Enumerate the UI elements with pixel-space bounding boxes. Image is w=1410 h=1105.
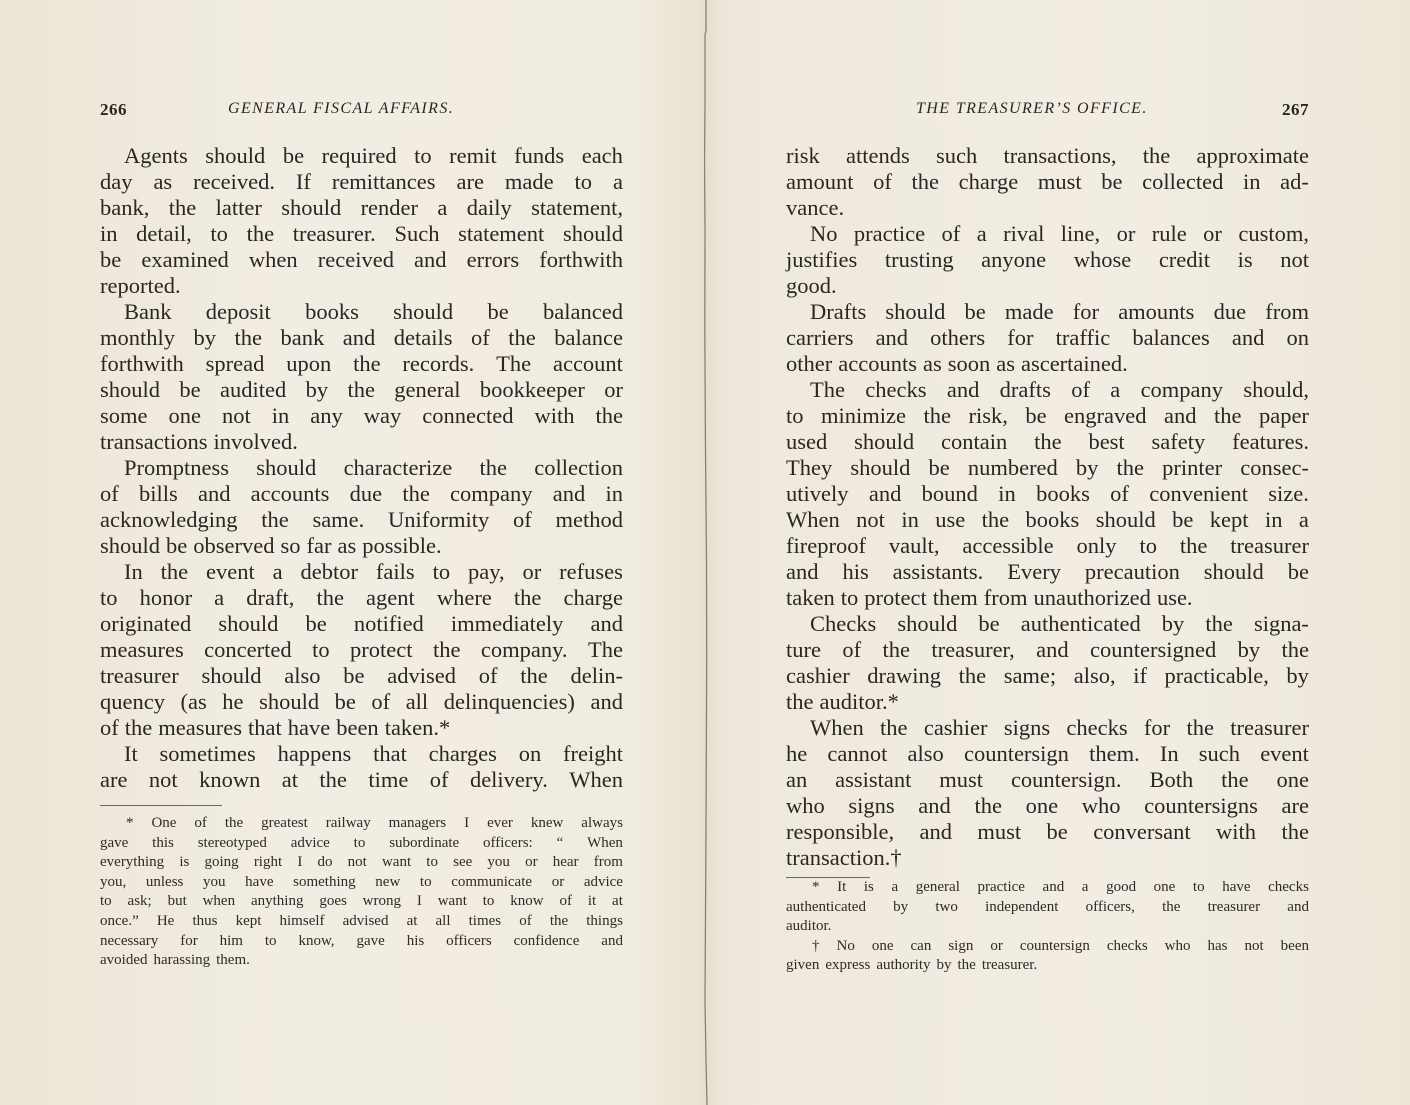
text-line: acknowledgingthesame.Uniformityofmethod [100, 507, 623, 533]
footnote-line: avoidedharassingthem. [100, 951, 623, 971]
page-number: 266 [100, 100, 127, 120]
text-line: whosignsandtheonewhocountersignsare [786, 793, 1309, 819]
text-line: takentoprotectthemfromunauthorizeduse. [786, 585, 1309, 611]
text-line: measuresconcertedtoprotectthecompany.The [100, 637, 623, 663]
text-line: Agentsshouldberequiredtoremitfundseach [100, 143, 623, 169]
text-line: amountofthechargemustbecollectedinad- [786, 169, 1309, 195]
right-page: THE TREASURER’S OFFICE. 267 riskattendss… [786, 0, 1309, 1105]
text-line: otheraccountsassoonasascertained. [786, 351, 1309, 377]
footnote-line: givenexpressauthoritybythetreasurer. [786, 956, 1309, 976]
right-running-head: THE TREASURER’S OFFICE. 267 [786, 100, 1309, 124]
text-line: beexaminedwhenreceivedanderrorsforthwith [100, 247, 623, 273]
footnote-line: necessaryforhimtoknow,gavehisofficerscon… [100, 932, 623, 952]
text-line: theauditor.* [786, 689, 1309, 715]
text-line: utivelyandboundinbooksofconvenientsize. [786, 481, 1309, 507]
text-line: Intheeventadebtorfailstopay,orrefuses [100, 559, 623, 585]
text-line: bank,thelattershouldrenderadailystatemen… [100, 195, 623, 221]
left-footnotes: *OneofthegreatestrailwaymanagersIeverkne… [100, 814, 623, 971]
text-line: transactionsinvolved. [100, 429, 623, 455]
left-body-text: Agentsshouldberequiredtoremitfundseachda… [100, 143, 623, 793]
right-footnotes: *Itisageneralpracticeandagoodonetohavech… [786, 878, 1309, 976]
footnote-line: *Itisageneralpracticeandagoodonetohavech… [786, 878, 1309, 898]
footnote-line: †Noonecansignorcountersigncheckswhohasno… [786, 937, 1309, 957]
text-line: dayasreceived.Ifremittancesaremadetoa [100, 169, 623, 195]
footnote-line: once.”Hethuskepthimselfadvisedatalltimes… [100, 912, 623, 932]
right-body-text: riskattendssuchtransactions,theapproxima… [786, 143, 1309, 871]
text-line: arenotknownatthetimeofdelivery.When [100, 767, 623, 793]
text-line: Checksshouldbeauthenticatedbythesigna- [786, 611, 1309, 637]
text-line: justifiestrustinganyonewhosecreditisnot [786, 247, 1309, 273]
text-line: good. [786, 273, 1309, 299]
text-line: treasurershouldalsobeadvisedofthedelin- [100, 663, 623, 689]
text-line: shouldbeauditedbythegeneralbookkeeperor [100, 377, 623, 403]
book-gutter-crease [704, 0, 708, 1105]
footnote-line: gavethisstereotypedadvicetosubordinateof… [100, 834, 623, 854]
text-line: usedshouldcontainthebestsafetyfeatures. [786, 429, 1309, 455]
left-running-head: 266 GENERAL FISCAL AFFAIRS. [100, 100, 623, 124]
text-line: Thechecksanddraftsofacompanyshould, [786, 377, 1309, 403]
text-line: vance. [786, 195, 1309, 221]
text-line: Bankdepositbooksshouldbebalanced [100, 299, 623, 325]
text-line: tohonoradraft,theagentwherethecharge [100, 585, 623, 611]
text-line: indetail,tothetreasurer.Suchstatementsho… [100, 221, 623, 247]
text-line: Theyshouldbenumberedbytheprinterconsec- [786, 455, 1309, 481]
text-line: cashierdrawingthesame;also,ifpracticable… [786, 663, 1309, 689]
text-line: ofthemeasuresthathavebeentaken.* [100, 715, 623, 741]
text-line: responsible,andmustbeconversantwiththe [786, 819, 1309, 845]
footnote-rule [100, 805, 222, 806]
running-head-title: GENERAL FISCAL AFFAIRS. [228, 100, 454, 118]
text-line: originatedshouldbenotifiedimmediatelyand [100, 611, 623, 637]
text-line: Nopracticeofarivalline,orruleorcustom, [786, 221, 1309, 247]
text-line: reported. [100, 273, 623, 299]
text-line: monthlybythebankanddetailsofthebalance [100, 325, 623, 351]
footnote-line: everythingisgoingrightIdonotwanttoseeyou… [100, 853, 623, 873]
running-head-title: THE TREASURER’S OFFICE. [916, 100, 1148, 118]
left-page: 266 GENERAL FISCAL AFFAIRS. Agentsshould… [100, 0, 623, 1105]
text-line: fireproofvault,accessibleonlytothetreasu… [786, 533, 1309, 559]
text-line: Whenthecashiersignschecksforthetreasurer [786, 715, 1309, 741]
text-line: carriersandothersfortrafficbalancesandon [786, 325, 1309, 351]
text-line: Whennotinusethebooksshouldbekeptina [786, 507, 1309, 533]
text-line: andhisassistants.Everyprecautionshouldbe [786, 559, 1309, 585]
footnote-line: *OneofthegreatestrailwaymanagersIeverkne… [100, 814, 623, 834]
text-line: tominimizetherisk,beengravedandthepaper [786, 403, 1309, 429]
footnote-line: authenticatedbytwoindependentofficers,th… [786, 898, 1309, 918]
text-line: hecannotalsocountersignthem.Insuchevent [786, 741, 1309, 767]
text-line: Draftsshouldbemadeforamountsduefrom [786, 299, 1309, 325]
text-line: ofbillsandaccountsduethecompanyandin [100, 481, 623, 507]
text-line: riskattendssuchtransactions,theapproxima… [786, 143, 1309, 169]
text-line: quency(asheshouldbeofalldelinquencies)an… [100, 689, 623, 715]
footnote-line: you,unlessyouhavesomethingnewtocommunica… [100, 873, 623, 893]
text-line: transaction.† [786, 845, 1309, 871]
text-line: tureofthetreasurer,andcountersignedbythe [786, 637, 1309, 663]
text-line: shouldbeobservedsofaraspossible. [100, 533, 623, 559]
footnote-line: toask;butwhenanythinggoeswrongIwanttokno… [100, 892, 623, 912]
page-number: 267 [1282, 100, 1309, 120]
text-line: forthwithspreadupontherecords.Theaccount [100, 351, 623, 377]
text-line: Promptnessshouldcharacterizethecollectio… [100, 455, 623, 481]
text-line: anassistantmustcountersign.Boththeone [786, 767, 1309, 793]
text-line: Itsometimeshappensthatchargesonfreight [100, 741, 623, 767]
text-line: someonenotinanywayconnectedwiththe [100, 403, 623, 429]
footnote-line: auditor. [786, 917, 1309, 937]
